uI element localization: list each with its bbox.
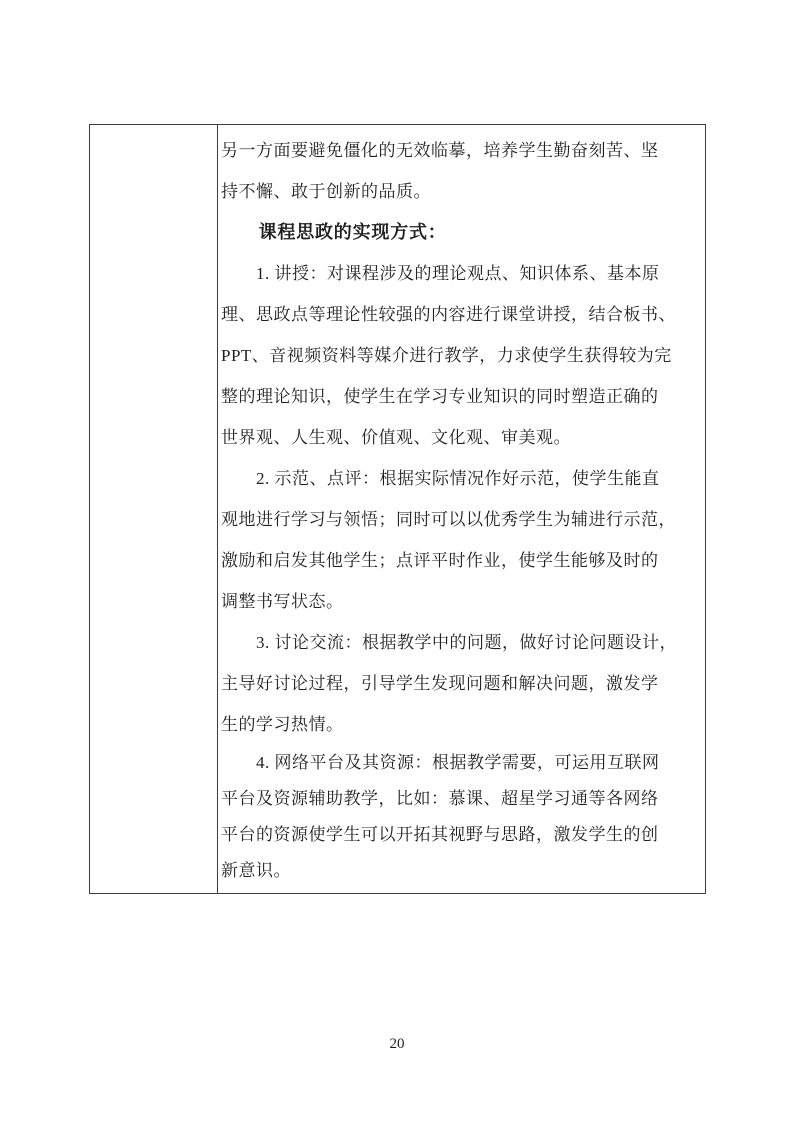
- text-line: 4. 网络平台及其资源：根据教学需要，可运用互联网: [221, 745, 695, 781]
- text-line: 平台的资源使学生可以开拓其视野与思路，激发学生的创: [221, 817, 695, 853]
- paragraph: 4. 网络平台及其资源：根据教学需要，可运用互联网平台及资源辅助教学，比如：慕课…: [221, 745, 695, 889]
- text-line: 2. 示范、点评：根据实际情况作好示范，使学生能直: [221, 458, 695, 499]
- text-line: 另一方面要避免僵化的无效临摹，培养学生勤奋刻苦、坚: [221, 130, 695, 171]
- text-line: 1. 讲授：对课程涉及的理论观点、知识体系、基本原: [221, 253, 695, 294]
- table-row: 另一方面要避免僵化的无效临摹，培养学生勤奋刻苦、坚持不懈、敢于创新的品质。 课程…: [90, 125, 706, 894]
- text-line: 新意识。: [221, 853, 695, 889]
- paragraphs-container: 另一方面要避免僵化的无效临摹，培养学生勤奋刻苦、坚持不懈、敢于创新的品质。 课程…: [221, 130, 695, 889]
- content-table: 另一方面要避免僵化的无效临摹，培养学生勤奋刻苦、坚持不懈、敢于创新的品质。 课程…: [89, 124, 706, 894]
- paragraph: 另一方面要避免僵化的无效临摹，培养学生勤奋刻苦、坚持不懈、敢于创新的品质。: [221, 130, 695, 212]
- text-line: 持不懈、敢于创新的品质。: [221, 171, 695, 212]
- text-line: 理、思政点等理论性较强的内容进行课堂讲授，结合板书、: [221, 294, 695, 335]
- table-cell-label: [90, 125, 218, 894]
- text-line: 整的理论知识，使学生在学习专业知识的同时塑造正确的: [221, 376, 695, 417]
- paragraph: 3. 讨论交流：根据教学中的问题，做好讨论问题设计，主导好讨论过程，引导学生发现…: [221, 622, 695, 745]
- document-page: 另一方面要避免僵化的无效临摹，培养学生勤奋刻苦、坚持不懈、敢于创新的品质。 课程…: [0, 0, 794, 1123]
- paragraph: 1. 讲授：对课程涉及的理论观点、知识体系、基本原理、思政点等理论性较强的内容进…: [221, 253, 695, 458]
- text-line: 3. 讨论交流：根据教学中的问题，做好讨论问题设计，: [221, 622, 695, 663]
- text-line: 生的学习热情。: [221, 704, 695, 745]
- text-line: 激励和启发其他学生；点评平时作业，使学生能够及时的: [221, 540, 695, 581]
- text-line: 观地进行学习与领悟；同时可以以优秀学生为辅进行示范，: [221, 499, 695, 540]
- text-line: 课程思政的实现方式：: [221, 212, 695, 253]
- paragraph: 2. 示范、点评：根据实际情况作好示范，使学生能直观地进行学习与领悟；同时可以以…: [221, 458, 695, 622]
- text-line: 主导好讨论过程，引导学生发现问题和解决问题，激发学: [221, 663, 695, 704]
- text-line: PPT、音视频资料等媒介进行教学，力求使学生获得较为完: [221, 335, 695, 376]
- text-line: 调整书写状态。: [221, 581, 695, 622]
- table-cell-content: 另一方面要避免僵化的无效临摹，培养学生勤奋刻苦、坚持不懈、敢于创新的品质。 课程…: [218, 125, 706, 894]
- section-heading: 课程思政的实现方式：: [221, 212, 695, 253]
- page-number: 20: [0, 1036, 794, 1053]
- text-line: 平台及资源辅助教学，比如：慕课、超星学习通等各网络: [221, 781, 695, 817]
- text-line: 世界观、人生观、价值观、文化观、审美观。: [221, 417, 695, 458]
